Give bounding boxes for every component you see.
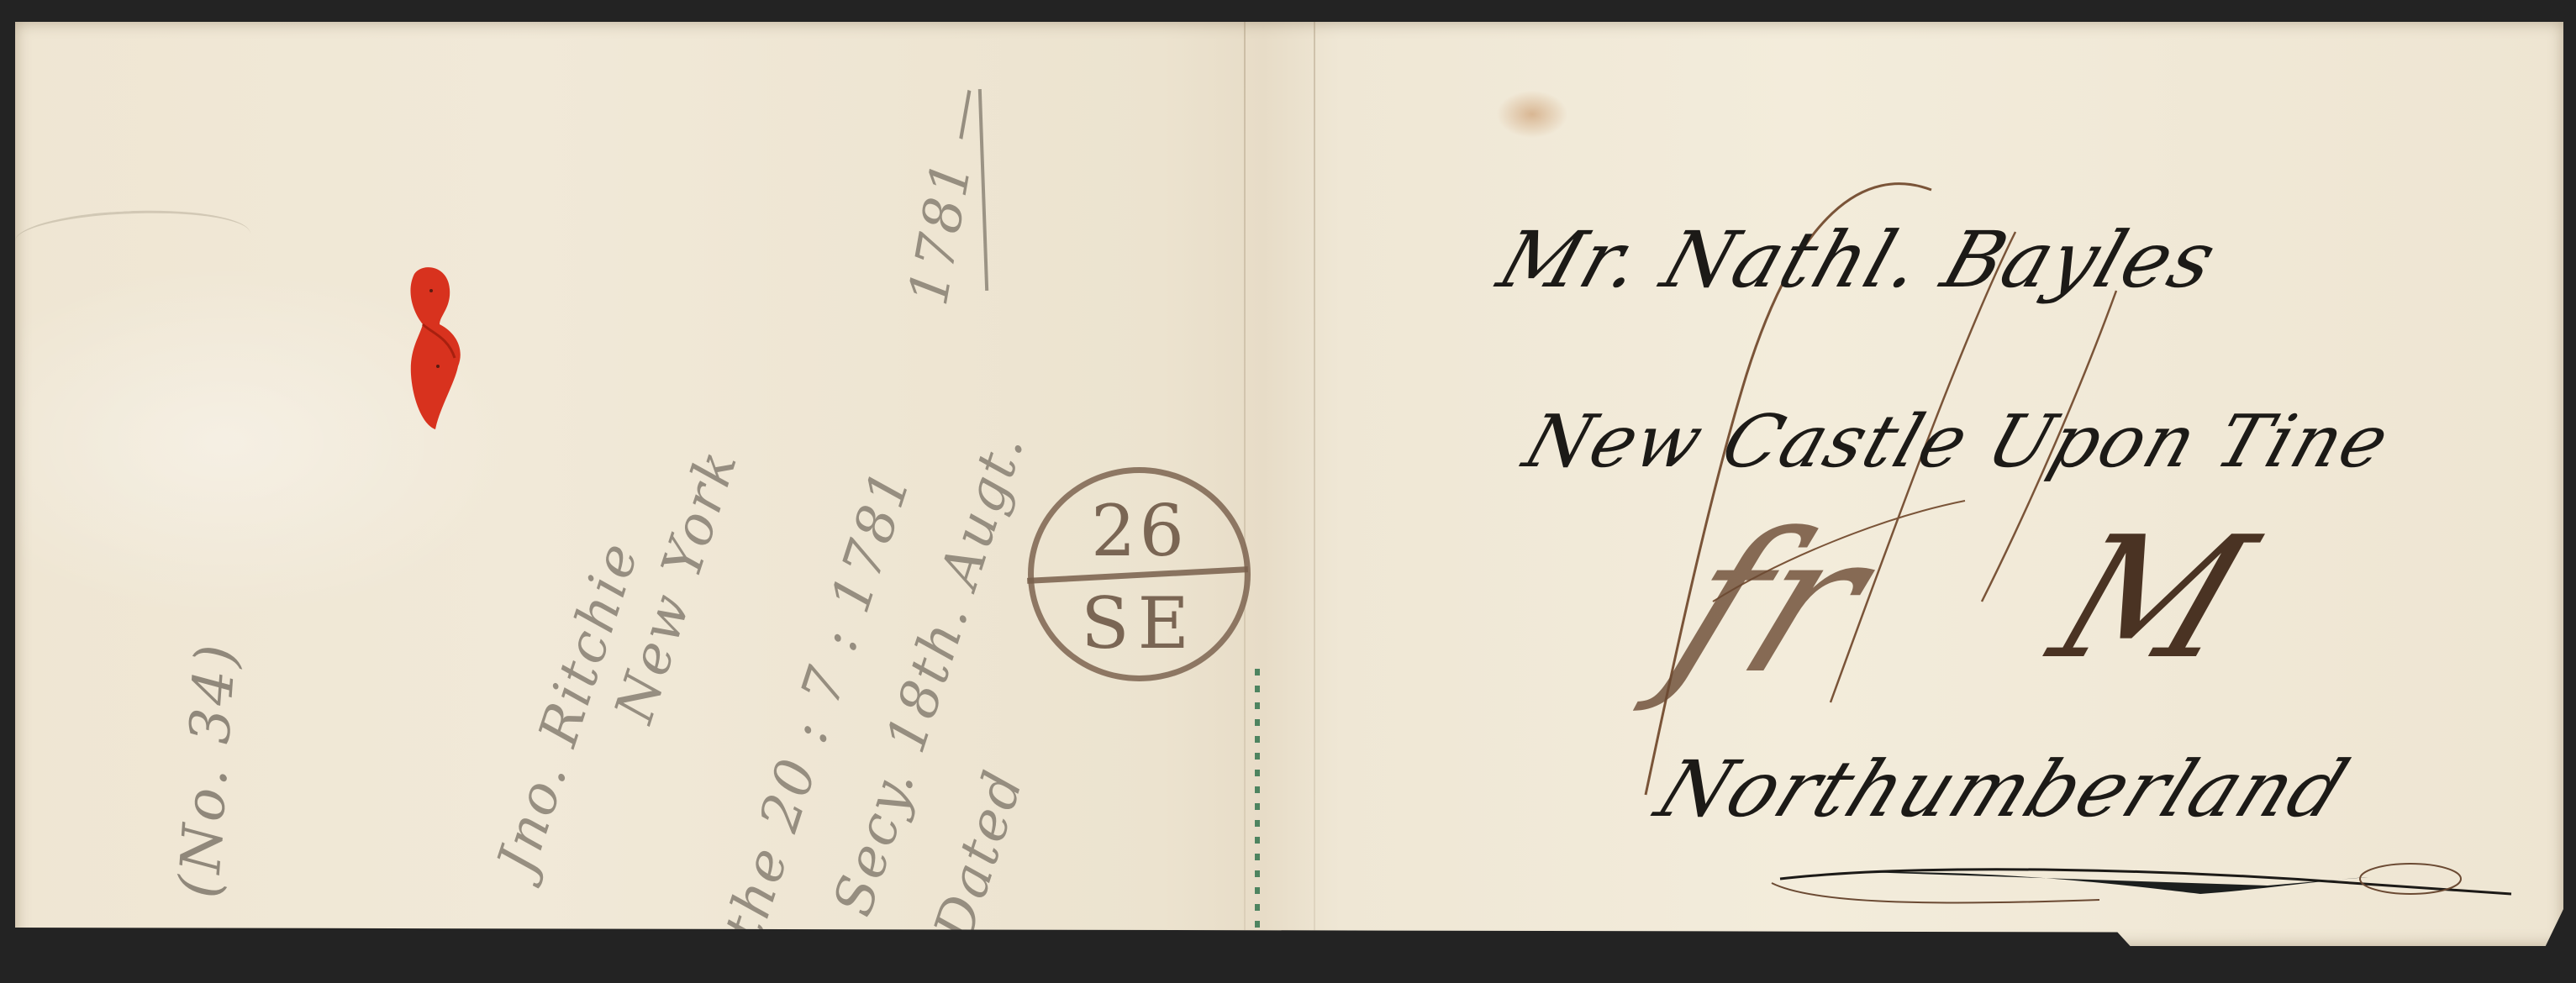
paper-tear <box>14 205 252 271</box>
address-county: Northumberland <box>1644 744 2362 834</box>
fold-crease <box>1314 22 1315 946</box>
docket-line: Dated <box>923 762 1036 949</box>
underline-flourish-icon <box>1763 854 2520 912</box>
postmark-day: 26 <box>1034 490 1245 572</box>
bishop-postmark: 26 SE <box>1028 467 1251 681</box>
fold-crease <box>1244 22 1246 946</box>
side-note: (No. 34) <box>166 639 249 900</box>
wax-seal-icon <box>406 265 465 438</box>
postmark-month: SE <box>1034 582 1245 665</box>
letter-sheet: Jno. Ritchie New York the 20 : 7 : 1781 … <box>15 22 2563 946</box>
green-ink-marks <box>1255 669 1260 946</box>
address-town: New Castle Upon Tine <box>1515 400 2400 484</box>
address-name: Mr. Nathl. Bayles <box>1488 215 2228 305</box>
